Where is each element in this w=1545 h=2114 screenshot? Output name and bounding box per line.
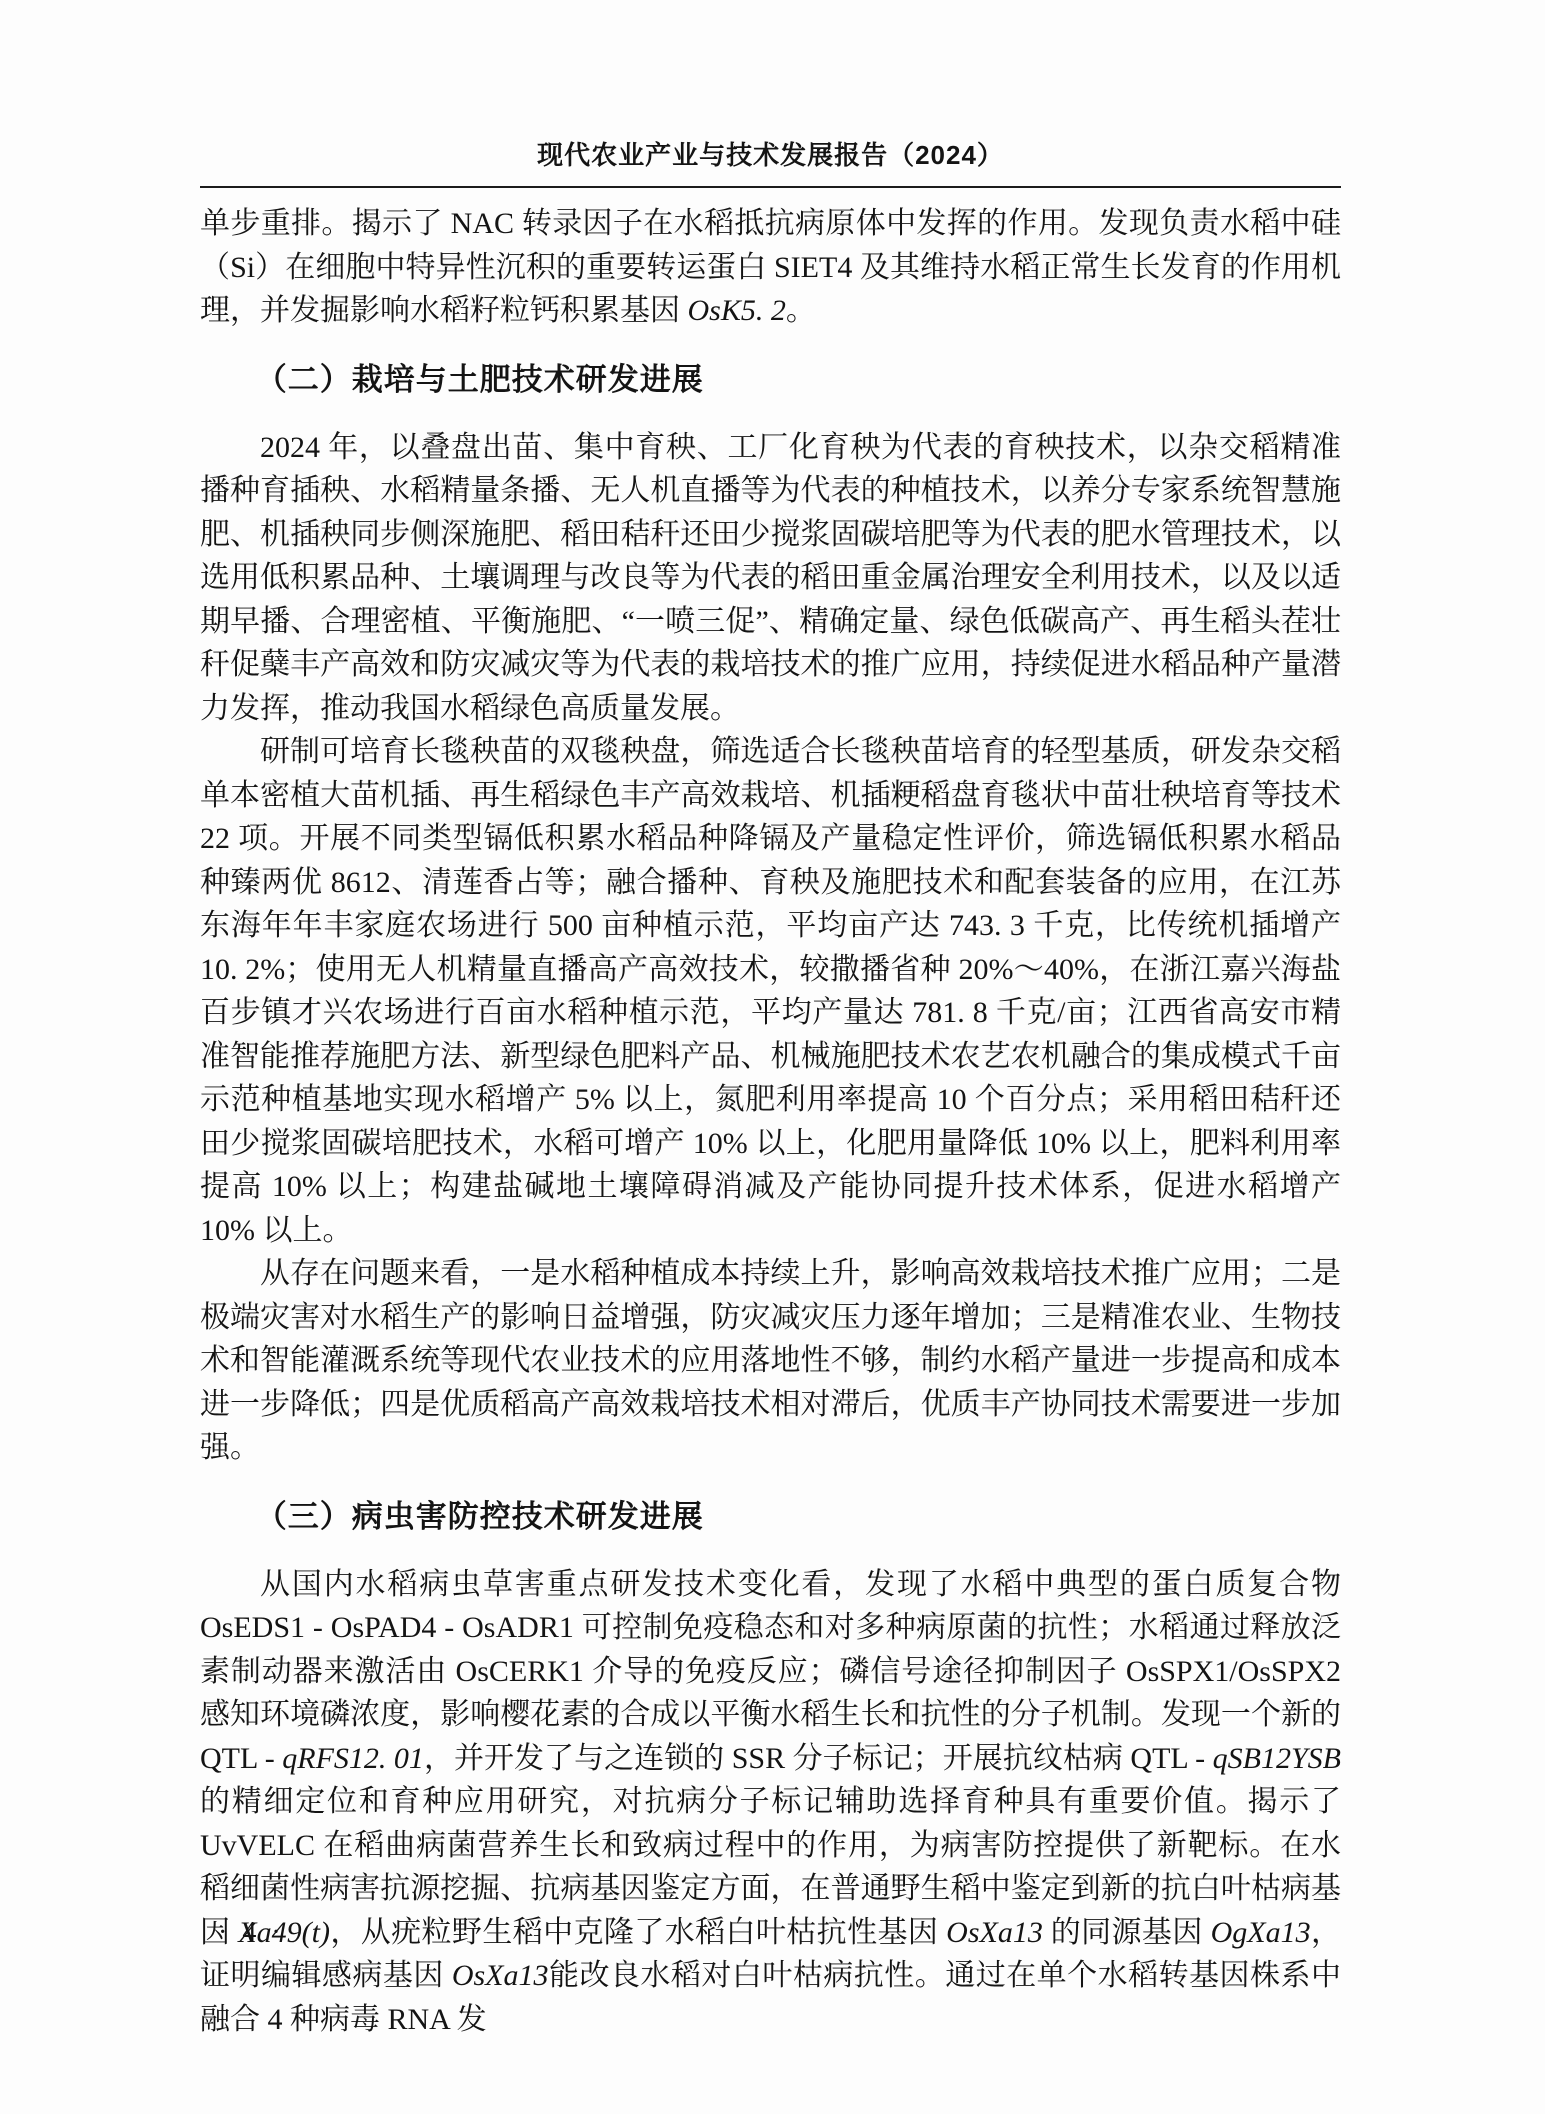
running-header-title: 现代农业产业与技术发展报告（2024） — [200, 139, 1341, 171]
paragraph-cultivation-achievements: 研制可培育长毯秧苗的双毯秧盘，筛选适合长毯秧苗培育的轻型基质，研发杂交稻单本密植… — [200, 730, 1341, 1252]
paragraph-continuation: 单步重排。揭示了 NAC 转录因子在水稻抵抗病原体中发挥的作用。发现负责水稻中硅… — [200, 202, 1341, 333]
header-rule — [200, 186, 1341, 188]
page: 现代农业产业与技术发展报告（2024） 单步重排。揭示了 NAC 转录因子在水稻… — [0, 0, 1545, 2114]
document-body: 单步重排。揭示了 NAC 转录因子在水稻抵抗病原体中发挥的作用。发现负责水稻中硅… — [200, 202, 1341, 2041]
paragraph-cultivation-overview: 2024 年，以叠盘出苗、集中育秧、工厂化育秧为代表的育秧技术，以杂交稻精准播种… — [200, 426, 1341, 731]
paragraph-pest-control-progress: 从国内水稻病虫草害重点研发技术变化看，发现了水稻中典型的蛋白质复合物 OsEDS… — [200, 1563, 1341, 2042]
paragraph-existing-problems: 从存在问题来看，一是水稻种植成本持续上升，影响高效栽培技术推广应用；二是极端灾害… — [200, 1252, 1341, 1470]
page-number: · 4 · — [218, 1916, 285, 1950]
section-heading-pest-control: （三）病虫害防控技术研发进展 — [200, 1500, 1341, 1534]
section-heading-cultivation-fertilizer: （二）栽培与土肥技术研发进展 — [200, 363, 1341, 397]
